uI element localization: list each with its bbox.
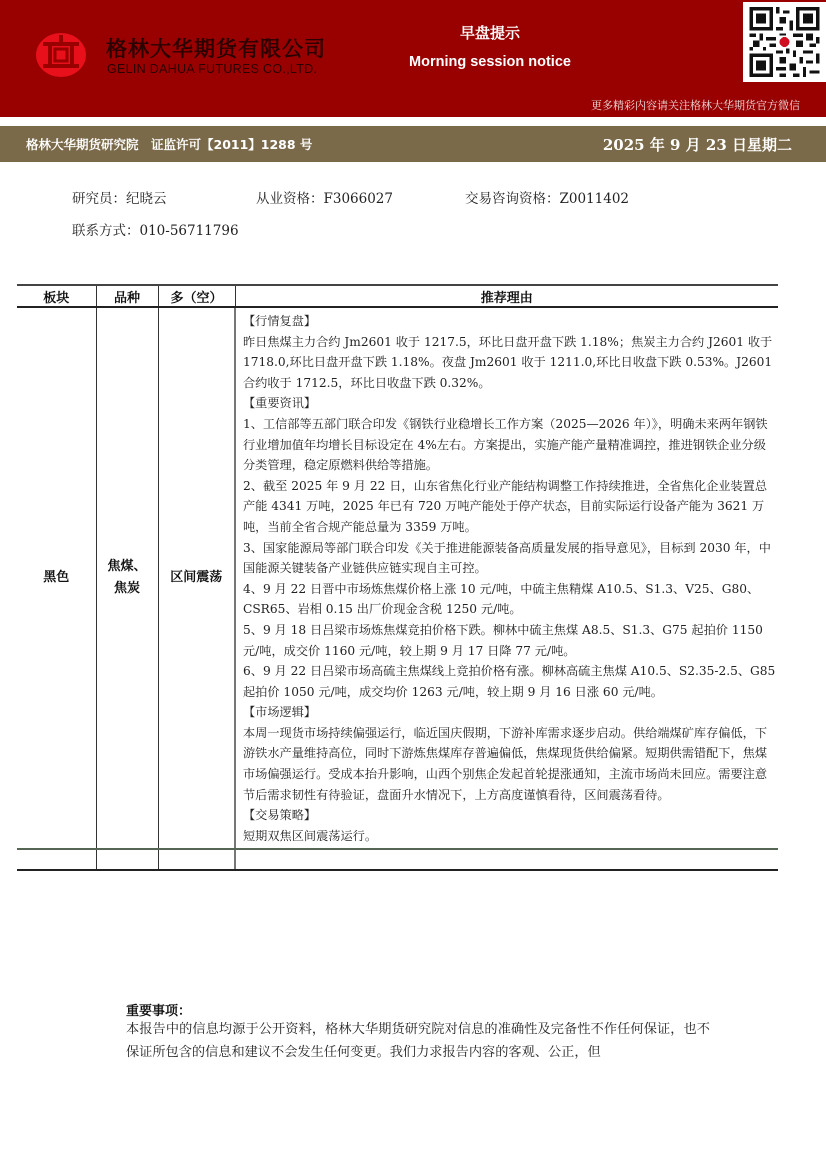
- variety-line-2: 焦炭: [97, 578, 158, 600]
- header-variety: 品种: [96, 285, 158, 307]
- institute-bar: 格林大华期货研究院 证监许可【2011】1288 号 2025 年 9 月 23…: [0, 126, 826, 162]
- news-item-3: 3、国家能源局等部门联合印发《关于推进能源装备高质量发展的指导意见》，目标到 2…: [243, 538, 778, 579]
- cell-variety: 焦煤、 焦炭: [96, 307, 158, 849]
- notice-title-cn: 早盘提示: [400, 22, 580, 43]
- cell-direction: 区间震荡: [158, 307, 235, 849]
- review-text: 昨日焦煤主力合约 Jm2601 收于 1217.5，环比日盘开盘下跌 1.18%…: [243, 332, 778, 394]
- section-heading-news: 【重要资讯】: [243, 393, 778, 414]
- header-banner: 格林大华期货有限公司 GELIN DAHUA FUTURES CO.,LTD. …: [0, 0, 826, 117]
- table-row-empty: [17, 849, 778, 870]
- disclaimer-body: 本报告中的信息均源于公开资料，格林大华期货研究院对信息的准确性及完备性不作任何保…: [126, 1019, 710, 1064]
- researcher-name: 研究员：纪晓云: [72, 187, 167, 207]
- cell-sector: 黑色: [17, 307, 96, 849]
- logic-text: 本周一现货市场持续偏强运行，临近国庆假期，下游补库需求逐步启动。供给端煤矿库存偏…: [243, 723, 778, 805]
- company-logo-icon: [34, 32, 88, 78]
- header-direction: 多（空）: [158, 285, 235, 307]
- section-heading-review: 【行情复盘】: [243, 311, 778, 332]
- news-item-2: 2、截至 2025 年 9 月 22 日，山东省焦化行业产能结构调整工作持续推进…: [243, 476, 778, 538]
- section-heading-strategy: 【交易策略】: [243, 805, 778, 826]
- table-row: 黑色 焦煤、 焦炭 区间震荡 【行情复盘】 昨日焦煤主力合约 Jm2601 收于…: [17, 307, 778, 849]
- cell-reason: 【行情复盘】 昨日焦煤主力合约 Jm2601 收于 1217.5，环比日盘开盘下…: [235, 307, 778, 849]
- disclaimer-title: 重要事项：: [126, 1000, 191, 1019]
- notice-title-en: Morning session notice: [400, 54, 580, 70]
- institute-license: 格林大华期货研究院 证监许可【2011】1288 号: [26, 135, 312, 153]
- empty-cell: [235, 849, 778, 870]
- qr-code-icon: [743, 2, 826, 82]
- researcher-contact: 联系方式：010-56711796: [72, 219, 239, 239]
- empty-cell: [17, 849, 96, 870]
- news-item-4: 4、9 月 22 日晋中市场炼焦煤价格上涨 10 元/吨，中硫主焦精煤 A10.…: [243, 579, 778, 620]
- empty-cell: [96, 849, 158, 870]
- header-reason: 推荐理由: [235, 285, 778, 307]
- company-name-cn: 格林大华期货有限公司: [106, 33, 326, 63]
- variety-line-1: 焦煤、: [97, 556, 158, 578]
- researcher-consult-qualification: 交易咨询资格：Z0011402: [465, 187, 629, 207]
- recommendation-table: 板块 品种 多（空） 推荐理由 黑色 焦煤、 焦炭 区间震荡 【行情复盘】 昨日…: [17, 284, 778, 871]
- news-item-6: 6、9 月 22 日吕梁市场高硫主焦煤线上竞拍价格有涨。柳林高硫主焦煤 A10.…: [243, 661, 778, 702]
- company-name-en: GELIN DAHUA FUTURES CO.,LTD.: [107, 62, 317, 76]
- header-sector: 板块: [17, 285, 96, 307]
- table-header-row: 板块 品种 多（空） 推荐理由: [17, 285, 778, 307]
- strategy-text: 短期双焦区间震荡运行。: [243, 826, 778, 847]
- news-item-5: 5、9 月 18 日吕梁市场炼焦煤竞拍价格下跌。柳林中硫主焦煤 A8.5、S1.…: [243, 620, 778, 661]
- empty-cell: [158, 849, 235, 870]
- section-heading-logic: 【市场逻辑】: [243, 702, 778, 723]
- news-item-1: 1、工信部等五部门联合印发《钢铁行业稳增长工作方案（2025—2026 年）》，…: [243, 414, 778, 476]
- wechat-follow-text: 更多精彩内容请关注格林大华期货官方微信: [591, 97, 800, 113]
- researcher-qualification: 从业资格：F3066027: [256, 187, 393, 207]
- report-date: 2025 年 9 月 23 日星期二: [603, 134, 792, 155]
